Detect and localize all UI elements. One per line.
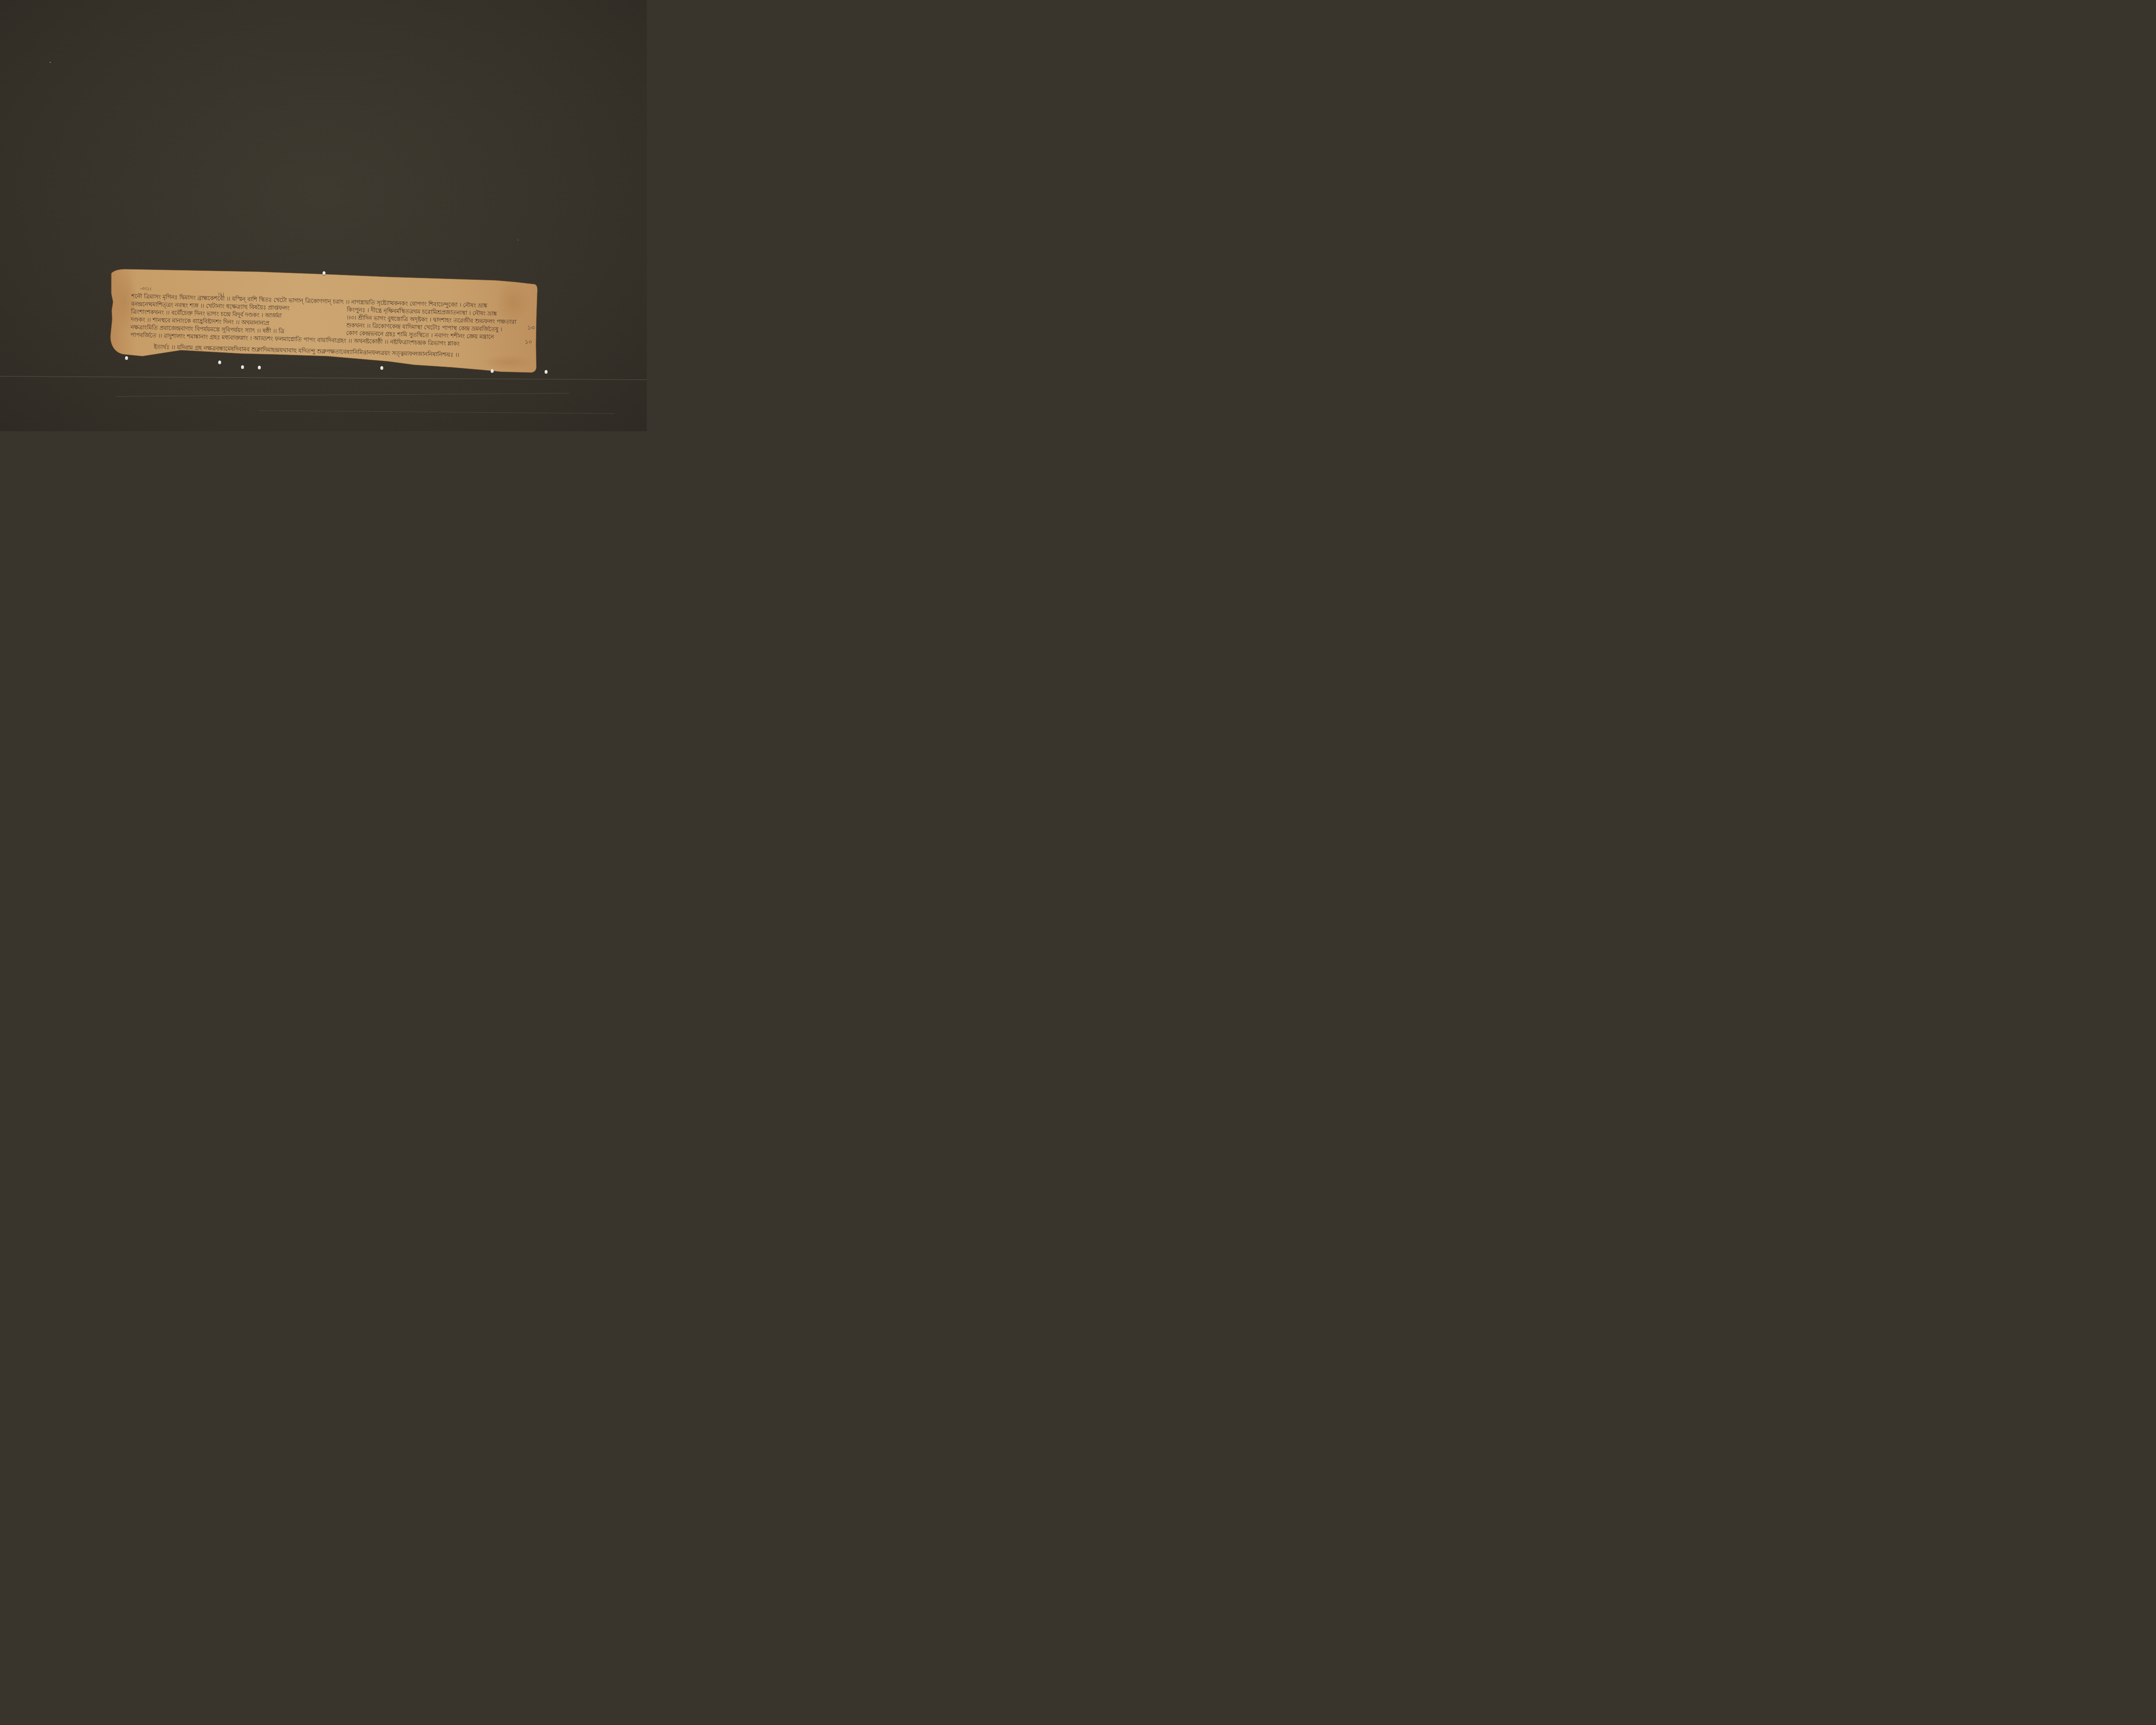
mounting-pin xyxy=(241,365,244,369)
mounting-pin xyxy=(380,366,383,370)
mounting-pin xyxy=(545,370,548,374)
mounting-pin xyxy=(323,271,326,275)
mounting-pin xyxy=(125,356,128,360)
manuscript-folio: -৩।১। ।২। শনৌ ত্রিমাসং মৃগিনঃ দ্বিমাসং ব… xyxy=(0,0,647,431)
mounting-pin xyxy=(258,366,261,370)
mounting-board: -৩।১। ।২। শনৌ ত্রিমাসং মৃগিনঃ দ্বিমাসং ব… xyxy=(0,0,647,431)
margin-number: ১৩ xyxy=(527,324,535,333)
mounting-pin xyxy=(491,369,494,373)
mounting-pin xyxy=(218,361,221,364)
margin-number: ১০ xyxy=(525,338,532,347)
folio-paper-shape xyxy=(0,0,647,431)
